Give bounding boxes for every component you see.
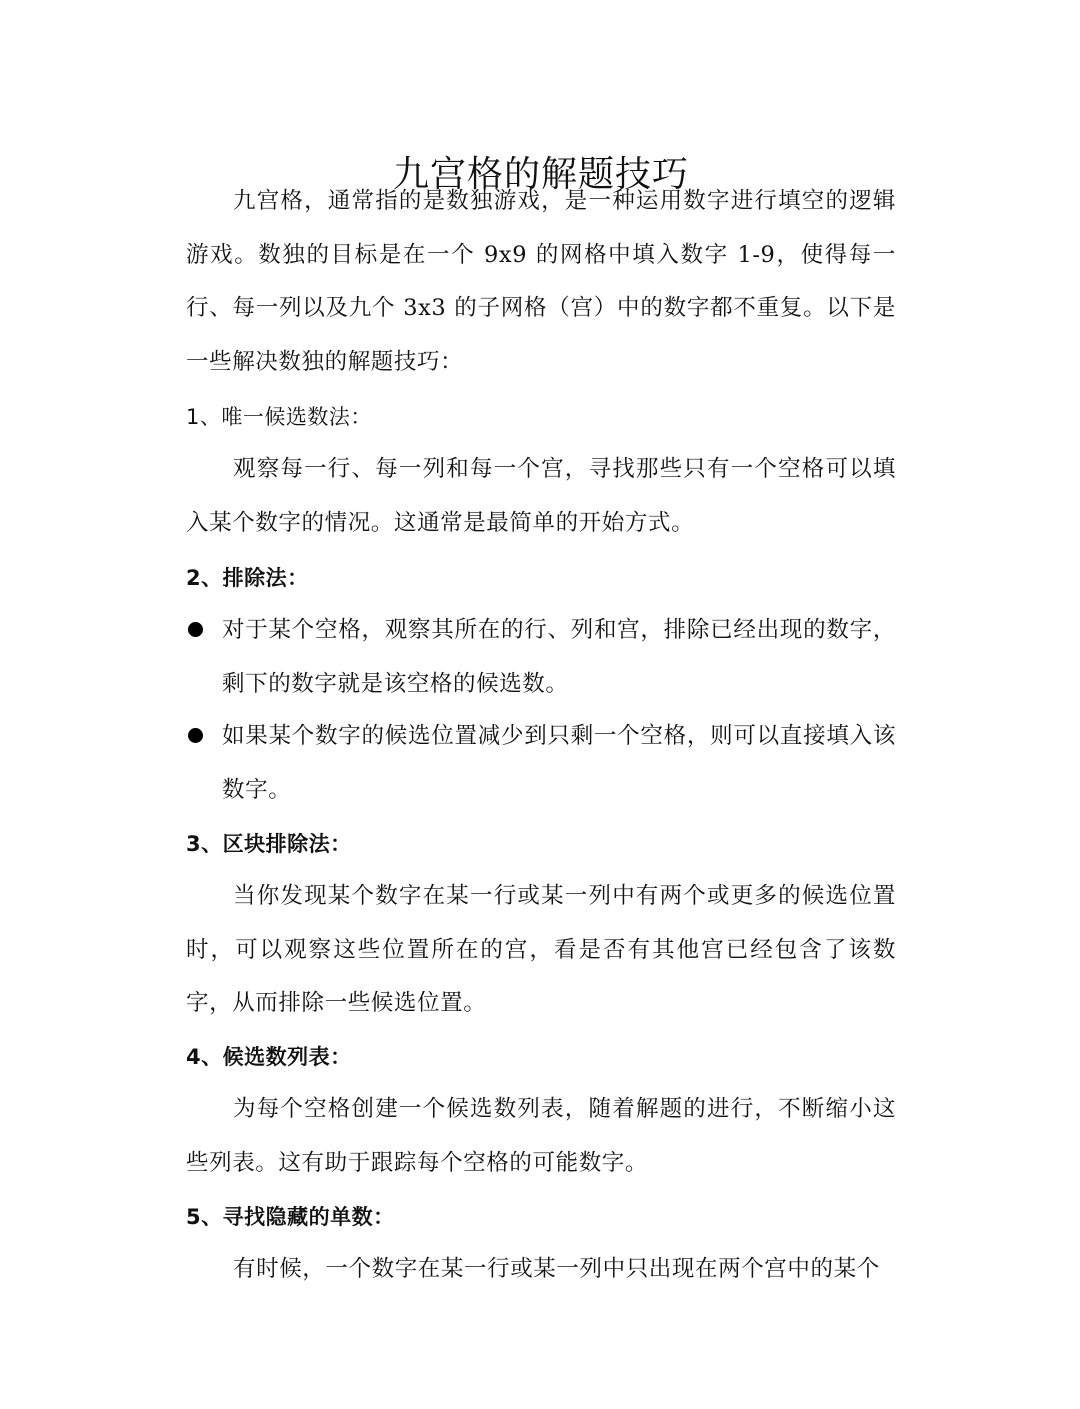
bullet-dot-icon	[188, 622, 203, 637]
bullet-text: 对于某个空格，观察其所在的行、列和宫，排除已经出现的数字，剩下的数字就是该空格的…	[222, 604, 896, 711]
section-heading-5: 5、寻找隐藏的单数：	[186, 1202, 395, 1232]
bullet-text: 如果某个数字的候选位置减少到只剩一个空格，则可以直接填入该数字。	[222, 710, 896, 817]
bullet-dot-icon	[188, 728, 203, 743]
intro-paragraph: 九宫格，通常指的是数独游戏，是一种运用数字进行填空的逻辑游戏。数独的目标是在一个…	[186, 175, 896, 389]
section-heading-4: 4、候选数列表：	[186, 1042, 352, 1072]
section-heading-2: 2、排除法：	[186, 563, 309, 593]
section-heading-1: 1、唯一候选数法：	[186, 402, 372, 432]
section-body-5: 有时候，一个数字在某一行或某一列中只出现在两个宫中的某个	[186, 1243, 896, 1297]
section-heading-3: 3、区块排除法：	[186, 829, 352, 859]
section-body-3: 当你发现某个数字在某一行或某一列中有两个或更多的候选位置时，可以观察这些位置所在…	[186, 870, 896, 1031]
section-body-1: 观察每一行、每一列和每一个宫，寻找那些只有一个空格可以填入某个数字的情况。这通常…	[186, 443, 896, 550]
section-body-4: 为每个空格创建一个候选数列表，随着解题的进行，不断缩小这些列表。这有助于跟踪每个…	[186, 1083, 896, 1190]
